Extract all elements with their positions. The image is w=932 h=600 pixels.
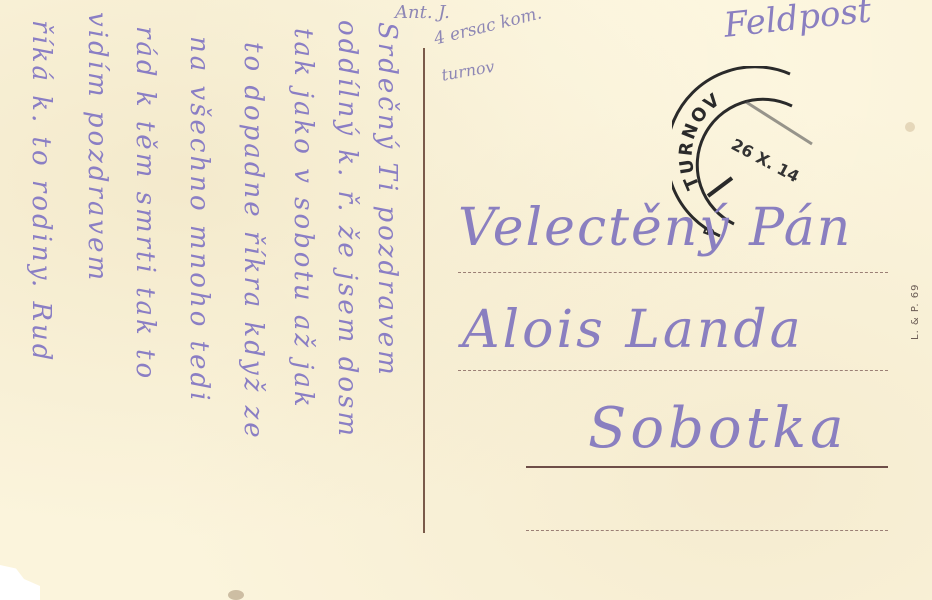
annotation-note: turnov [440, 57, 496, 85]
message-line: vidím pozdravem [82, 12, 112, 283]
message-line: říká k. to rodiny. Rud [26, 20, 56, 363]
address-town: Sobotka [588, 396, 847, 461]
address-name: Alois Landa [462, 300, 804, 360]
message-line: Srdečný Ti pozdravem [372, 22, 402, 378]
annotation-note: Ant. J. [395, 2, 450, 23]
message-line: to dopadne říkra když ze [238, 42, 268, 441]
publisher-code: L. & P. 69 [910, 284, 921, 340]
stain [228, 590, 244, 600]
postmark-date: 26 X. 14 [728, 135, 802, 187]
message-line: rád k těm smrti tak to [130, 26, 160, 381]
address-salutation: Velectěný Pán [458, 198, 852, 258]
message-line: tak jako v sobotu až jak [288, 28, 318, 410]
stain [905, 122, 915, 132]
feldpost-note: Feldpost [722, 0, 873, 46]
handwritten-message: Srdečný Ti pozdravem oddílný k. ř. že js… [0, 0, 430, 600]
address-line-2-rule [458, 370, 888, 371]
address-line-3-rule [526, 466, 888, 468]
address-line-1-rule [458, 272, 888, 273]
postcard: Srdečný Ti pozdravem oddílný k. ř. že js… [0, 0, 932, 600]
address-line-4-rule [526, 530, 888, 531]
message-line: na všechno mnoho tedi [184, 36, 214, 403]
message-line: oddílný k. ř. že jsem dosm [332, 20, 362, 439]
center-divider [423, 48, 425, 533]
